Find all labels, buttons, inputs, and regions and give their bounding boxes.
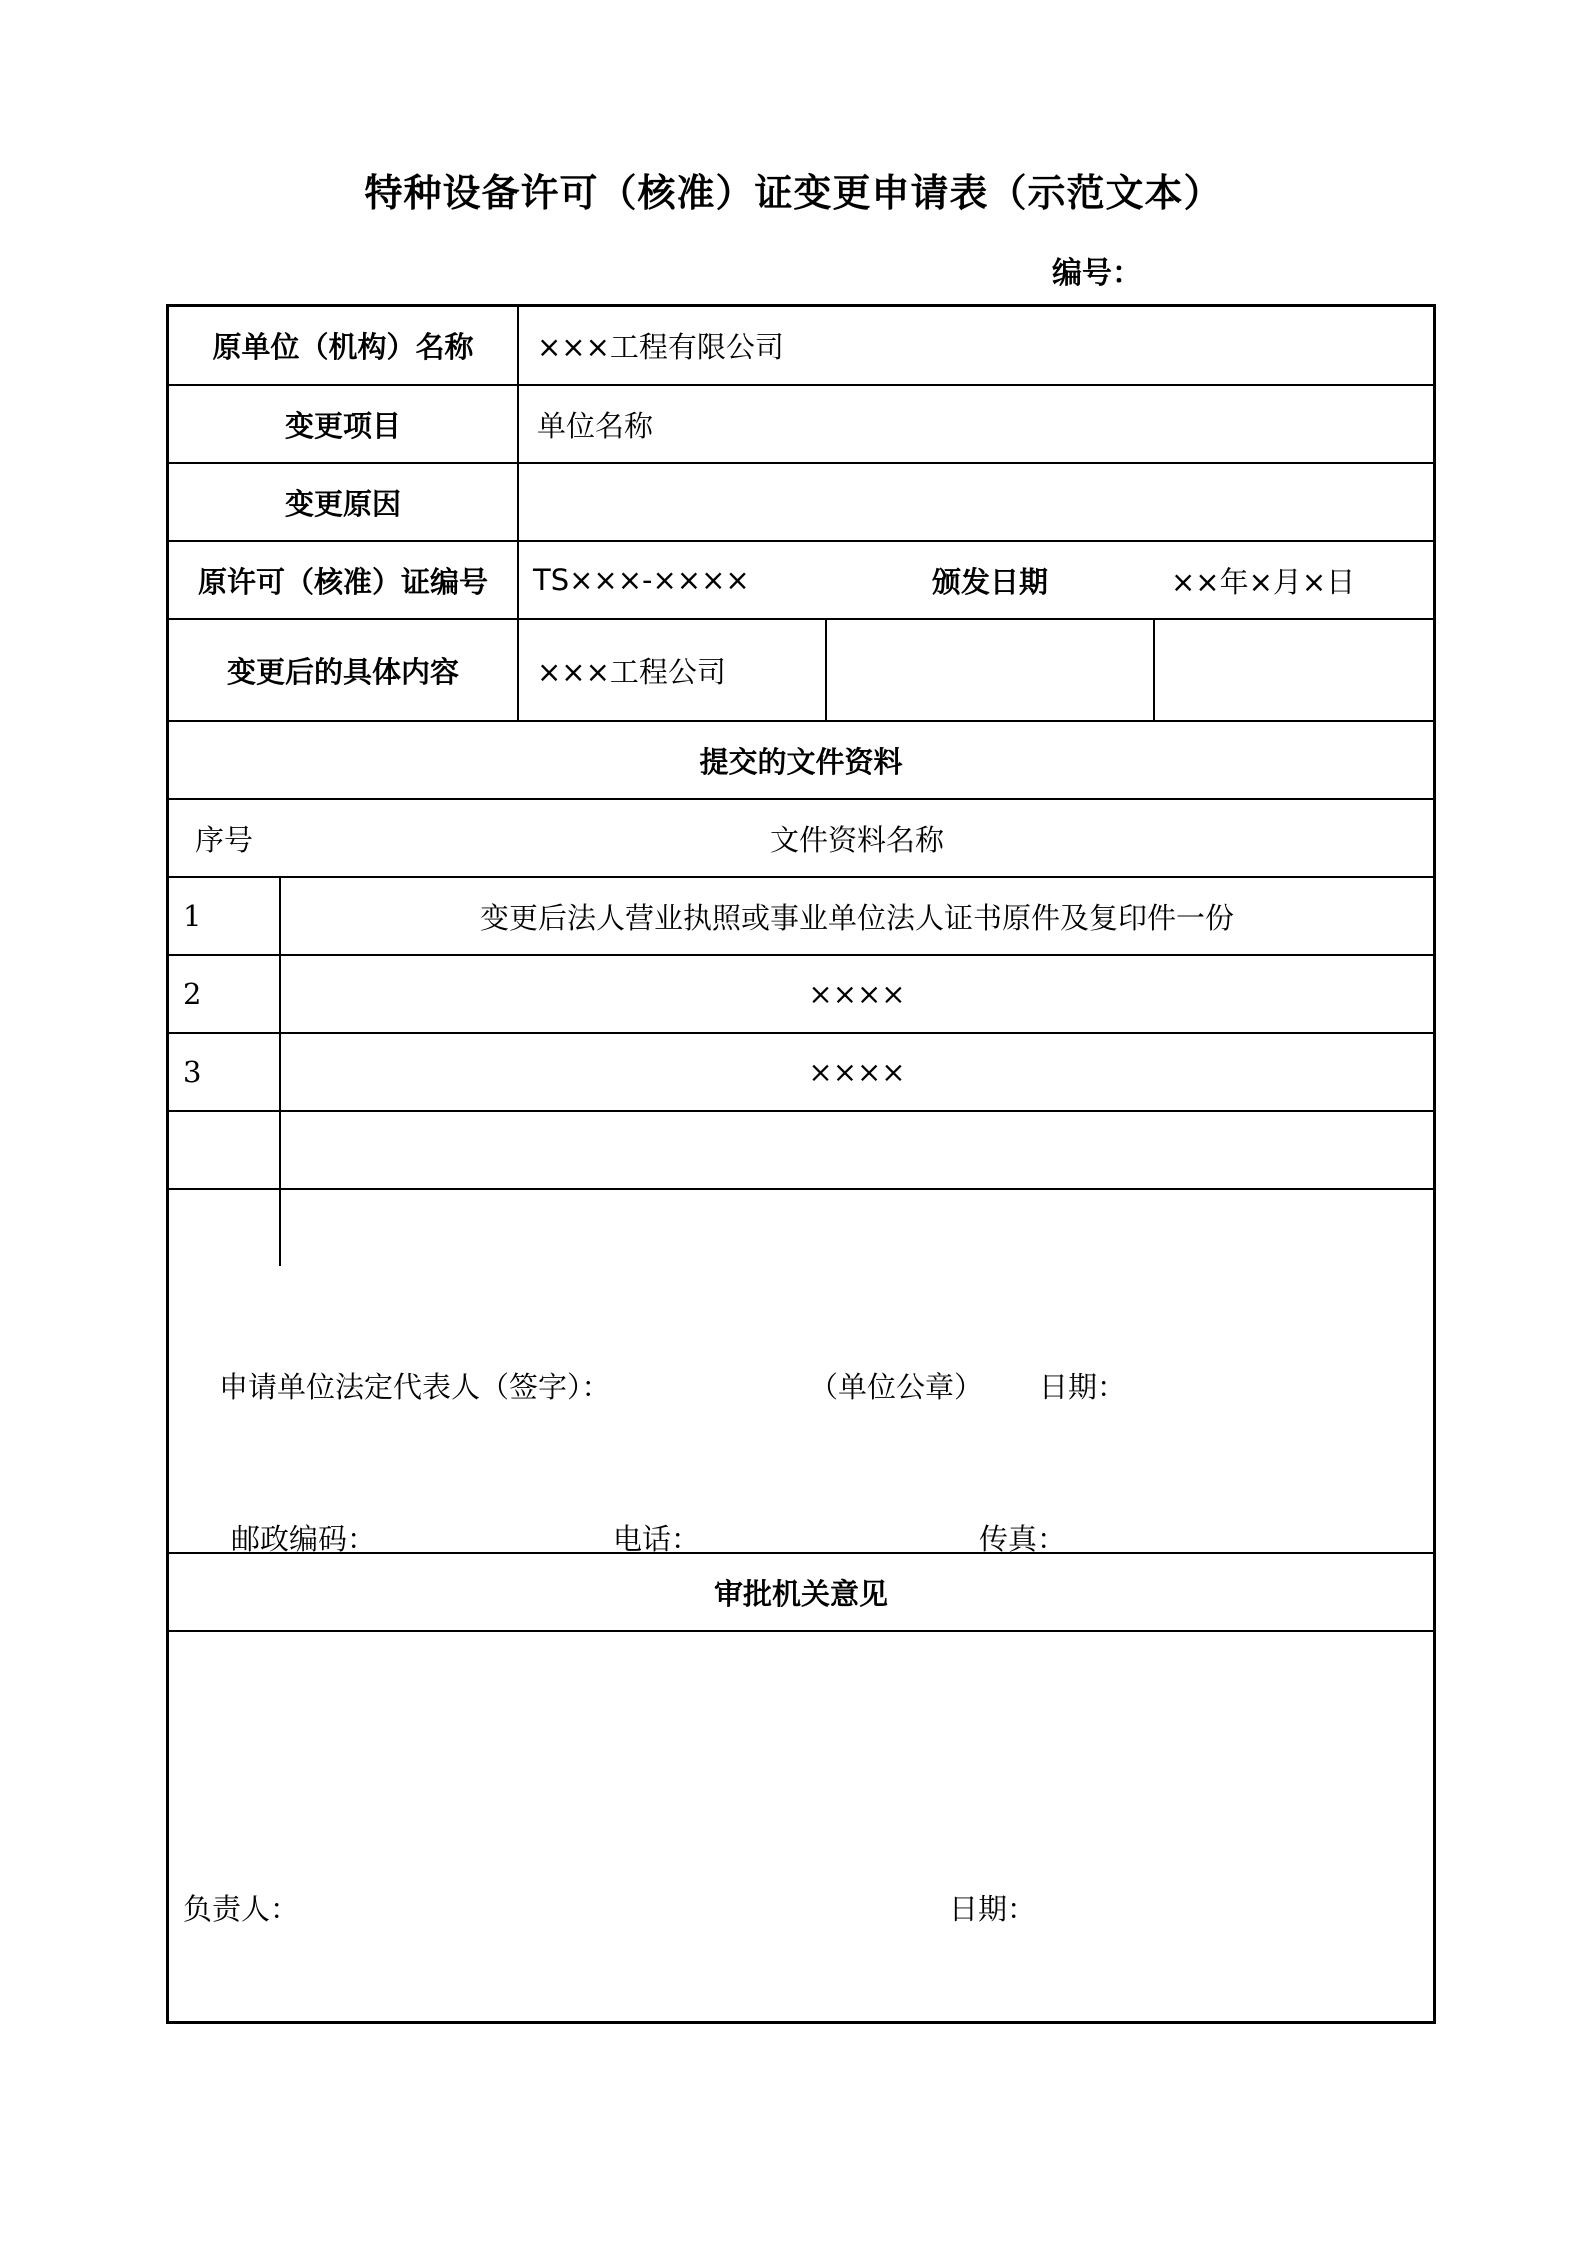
change-reason-value[interactable] — [519, 464, 1433, 540]
doc-row-name[interactable] — [281, 1112, 1433, 1188]
doc-row-name[interactable]: ×××× — [281, 1034, 1433, 1110]
legal-rep-signature-label: 申请单位法定代表人（签字）： — [219, 1365, 611, 1406]
document-number-label: 编号： — [1052, 248, 1142, 292]
change-item-value[interactable]: 单位名称 — [519, 386, 1433, 462]
issue-date-value[interactable]: ××年×月×日 — [1155, 542, 1433, 618]
orig-unit-value[interactable]: ×××工程有限公司 — [519, 307, 1433, 384]
fax-label: 传真： — [979, 1517, 1066, 1558]
phone-label: 电话： — [613, 1517, 700, 1558]
unit-seal-label: （单位公章） — [809, 1365, 983, 1406]
orig-cert-no-value[interactable]: TS×××-×××× — [519, 542, 825, 618]
doc-row-no — [183, 1190, 279, 1266]
doc-row-no: 1 — [183, 878, 279, 954]
doc-row-name[interactable]: ×××× — [281, 956, 1433, 1032]
change-item-label: 变更项目 — [169, 386, 517, 462]
orig-unit-label: 原单位（机构）名称 — [169, 307, 517, 384]
application-form-table: 原单位（机构）名称 ×××工程有限公司 变更项目 单位名称 变更原因 原许可（核… — [166, 304, 1436, 2024]
column-header-name: 文件资料名称 — [281, 800, 1433, 876]
issue-date-label: 颁发日期 — [827, 542, 1153, 618]
document-title: 特种设备许可（核准）证变更申请表（示范文本） — [0, 162, 1587, 217]
doc-row-no: 2 — [183, 956, 279, 1032]
change-reason-label: 变更原因 — [169, 464, 517, 540]
applicant-date-label: 日期： — [1039, 1365, 1126, 1406]
content-after-label: 变更后的具体内容 — [169, 620, 517, 720]
column-header-no: 序号 — [169, 800, 279, 876]
doc-row-name[interactable]: 变更后法人营业执照或事业单位法人证书原件及复印件一份 — [281, 878, 1433, 954]
responsible-person-label: 负责人： — [183, 1887, 299, 1928]
approval-date-label: 日期： — [949, 1887, 1036, 1928]
content-after-value[interactable]: ×××工程公司 — [519, 620, 1433, 720]
doc-row-name[interactable] — [281, 1190, 1433, 1266]
approval-section-heading: 审批机关意见 — [169, 1554, 1433, 1630]
documents-section-heading: 提交的文件资料 — [169, 722, 1433, 798]
row-divider — [169, 1630, 1433, 1632]
doc-row-no — [183, 1112, 279, 1188]
postcode-label: 邮政编码： — [231, 1517, 376, 1558]
doc-row-no: 3 — [183, 1034, 279, 1110]
orig-cert-no-label: 原许可（核准）证编号 — [169, 542, 517, 618]
